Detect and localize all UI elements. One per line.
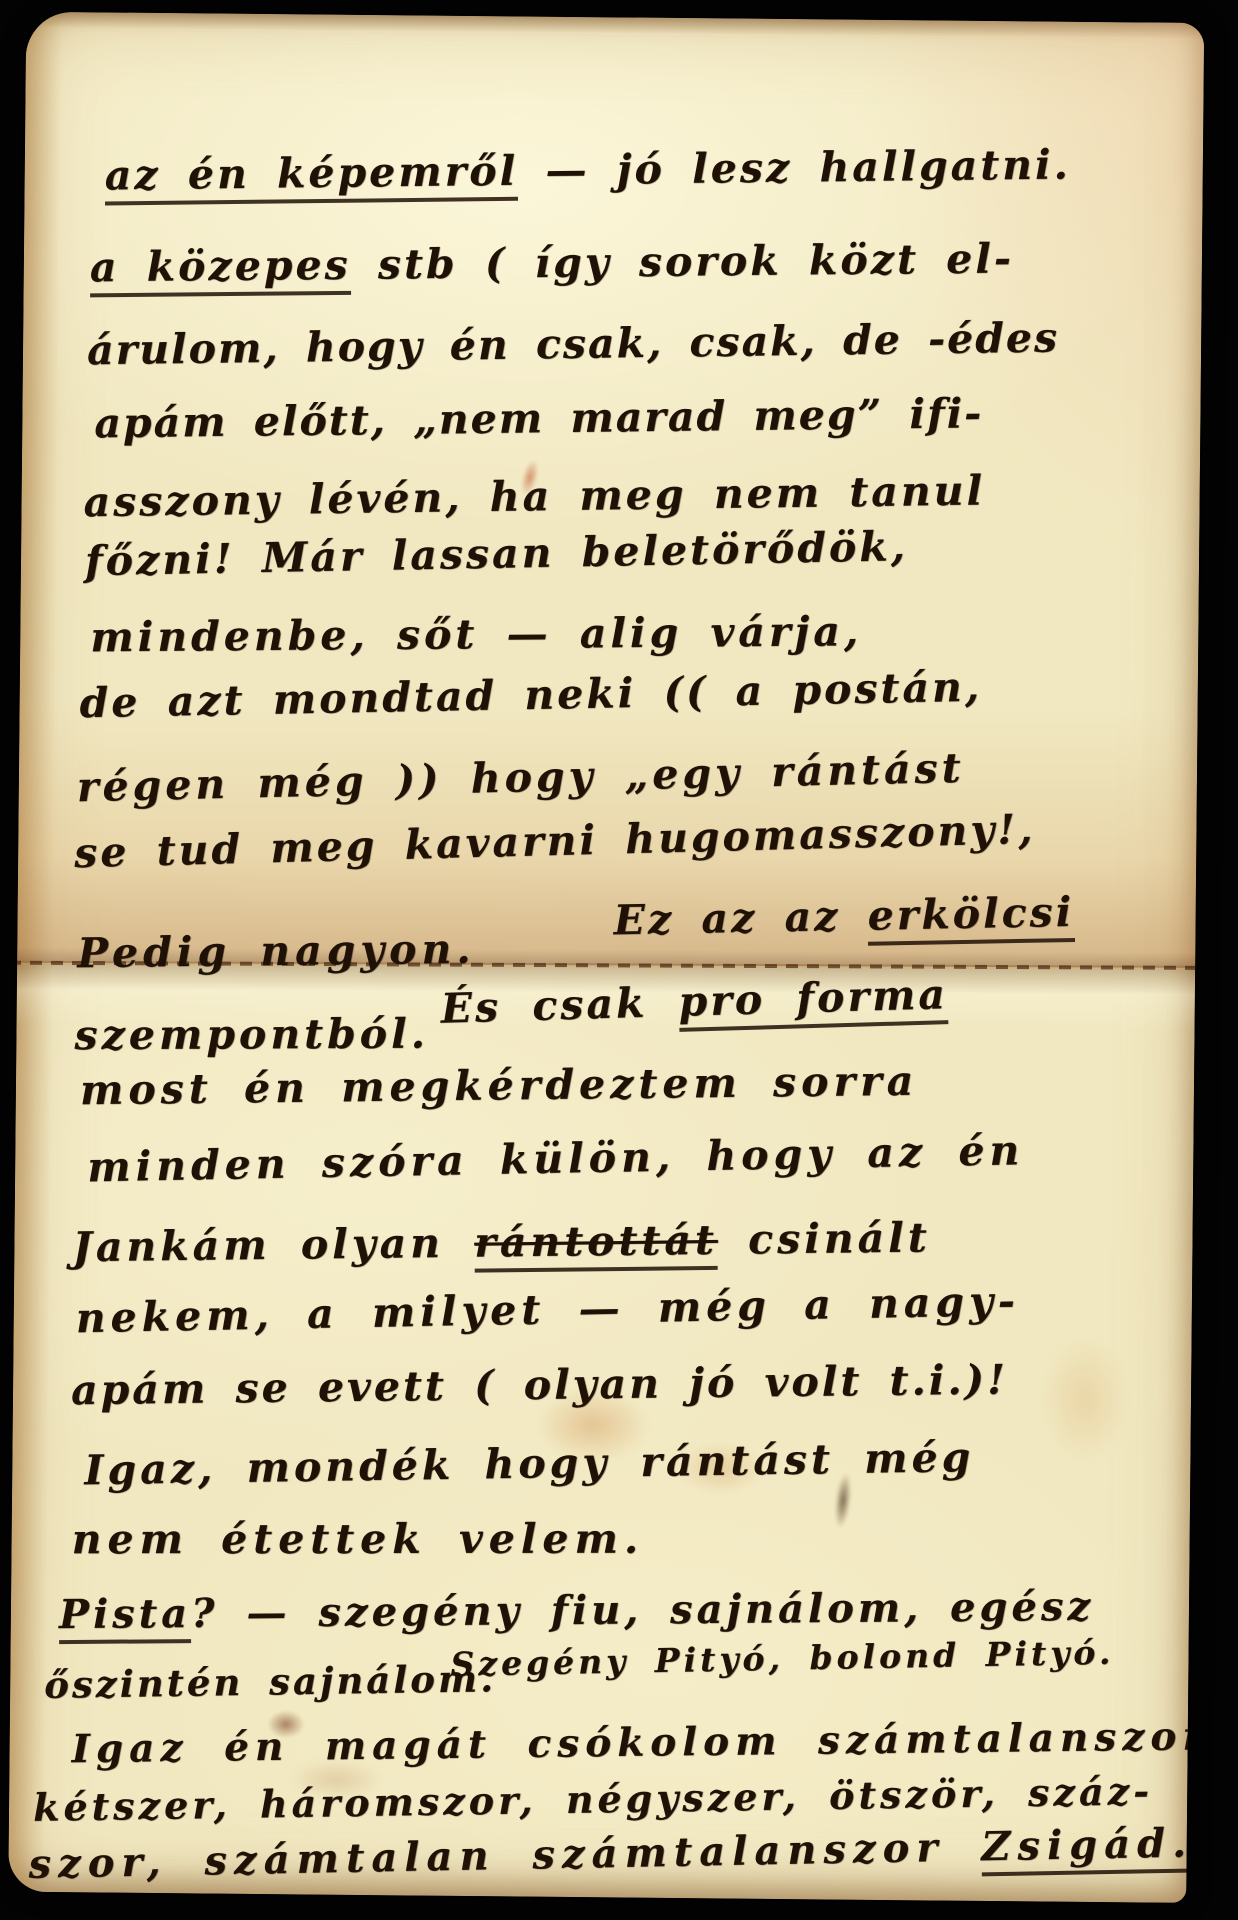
handwriting-line: apám előtt, „nem marad meg” ifi- bbox=[94, 390, 983, 447]
scan-background: az én képemről — jó lesz hallgatni.a köz… bbox=[0, 0, 1238, 1920]
handwriting-text: most én megkérdeztem sorra bbox=[80, 1057, 919, 1115]
handwriting-text: Igaz én magát csókolom számtalanszor, bbox=[71, 1713, 1204, 1772]
handwriting-line: őszintén sajnálom. bbox=[44, 1657, 496, 1706]
handwriting-text: őszintén sajnálom. bbox=[44, 1656, 496, 1707]
handwriting-line: Igaz én magát csókolom számtalanszor, bbox=[71, 1714, 1204, 1772]
handwriting-line: mindenbe, sőt — alig várja, bbox=[90, 608, 862, 661]
handwriting-line: asszony lévén, ha meg nem tanul bbox=[83, 467, 985, 526]
handwriting-text: nem étettek velem. bbox=[72, 1515, 645, 1563]
emphasized-word: az én képemről bbox=[104, 147, 518, 206]
handwriting-text: csinált bbox=[718, 1213, 931, 1263]
handwriting-line: Pista? — szegény fiu, sajnálom, egész bbox=[59, 1584, 1095, 1638]
handwriting-line: Szegény Pityó, bolond Pityó. bbox=[450, 1634, 1115, 1684]
handwriting-text: minden szóra külön, hogy az én bbox=[87, 1126, 1025, 1191]
stain bbox=[1024, 1313, 1146, 1484]
handwriting-line: Ez az az erkölcsi bbox=[613, 889, 1074, 945]
handwriting-text: ? — szegény fiu, sajnálom, egész bbox=[191, 1583, 1094, 1637]
handwriting-text: apám se evett ( olyan jó volt t.i.)! bbox=[71, 1356, 1008, 1415]
handwriting-text: asszony lévén, ha meg nem tanul bbox=[83, 466, 985, 526]
handwriting-line: Pedig nagyon. bbox=[77, 926, 476, 978]
handwriting-text: Pedig nagyon. bbox=[77, 925, 476, 978]
handwriting-text: — jó lesz hallgatni. bbox=[518, 141, 1071, 195]
handwriting-text: főzni! Már lassan beletörődök, bbox=[85, 522, 909, 585]
handwriting-line: nekem, a milyet — még a nagy- bbox=[75, 1278, 1020, 1342]
handwriting-line: kétszer, háromszor, négyszer, ötször, sz… bbox=[33, 1769, 1154, 1829]
emphasized-word: pro forma bbox=[678, 970, 949, 1032]
handwriting-text: kétszer, háromszor, négyszer, ötször, sz… bbox=[33, 1768, 1154, 1830]
handwriting-text: szempontból. bbox=[74, 1010, 429, 1060]
emphasized-word: rántottát bbox=[474, 1216, 718, 1273]
handwriting-line: Jankám olyan rántottát csinált bbox=[72, 1214, 931, 1271]
handwriting-line: szor, számtalan számtalanszor Zsigád. bbox=[28, 1820, 1193, 1887]
handwriting-text: mindenbe, sőt — alig várja, bbox=[90, 607, 862, 661]
handwriting-line: Igaz, mondék hogy rántást még bbox=[84, 1434, 975, 1494]
letter-paper: az én képemről — jó lesz hallgatni.a köz… bbox=[8, 12, 1204, 1903]
handwriting-text: Ez az az bbox=[613, 892, 868, 945]
handwriting-line: szempontból. bbox=[74, 1011, 429, 1060]
emphasized-word: Pista bbox=[59, 1590, 192, 1644]
handwriting-line: a közepes stb ( így sorok közt el- bbox=[90, 235, 1014, 291]
handwriting-line: minden szóra külön, hogy az én bbox=[87, 1127, 1025, 1191]
handwriting-text: stb ( így sorok közt el- bbox=[350, 234, 1014, 288]
handwriting-text: Szegény Pityó, bolond Pityó. bbox=[450, 1633, 1115, 1684]
handwriting-line: apám se evett ( olyan jó volt t.i.)! bbox=[71, 1357, 1008, 1415]
handwriting-line: most én megkérdeztem sorra bbox=[80, 1058, 919, 1115]
handwriting-text: apám előtt, „nem marad meg” ifi- bbox=[94, 389, 983, 447]
handwriting-line: nem étettek velem. bbox=[72, 1516, 645, 1564]
emphasized-word: Zsigád. bbox=[981, 1819, 1194, 1876]
handwriting-text: És csak bbox=[440, 978, 679, 1033]
handwriting-text: Jankám olyan bbox=[72, 1219, 474, 1272]
handwriting-text: nekem, a milyet — még a nagy- bbox=[75, 1277, 1020, 1342]
handwriting-text: szor, számtalan számtalanszor bbox=[28, 1823, 982, 1887]
emphasized-word: erkölcsi bbox=[867, 888, 1075, 946]
emphasized-word: a közepes bbox=[90, 241, 351, 298]
handwriting-text: Igaz, mondék hogy rántást még bbox=[84, 1433, 975, 1494]
handwriting-line: főzni! Már lassan beletörődök, bbox=[85, 523, 909, 585]
